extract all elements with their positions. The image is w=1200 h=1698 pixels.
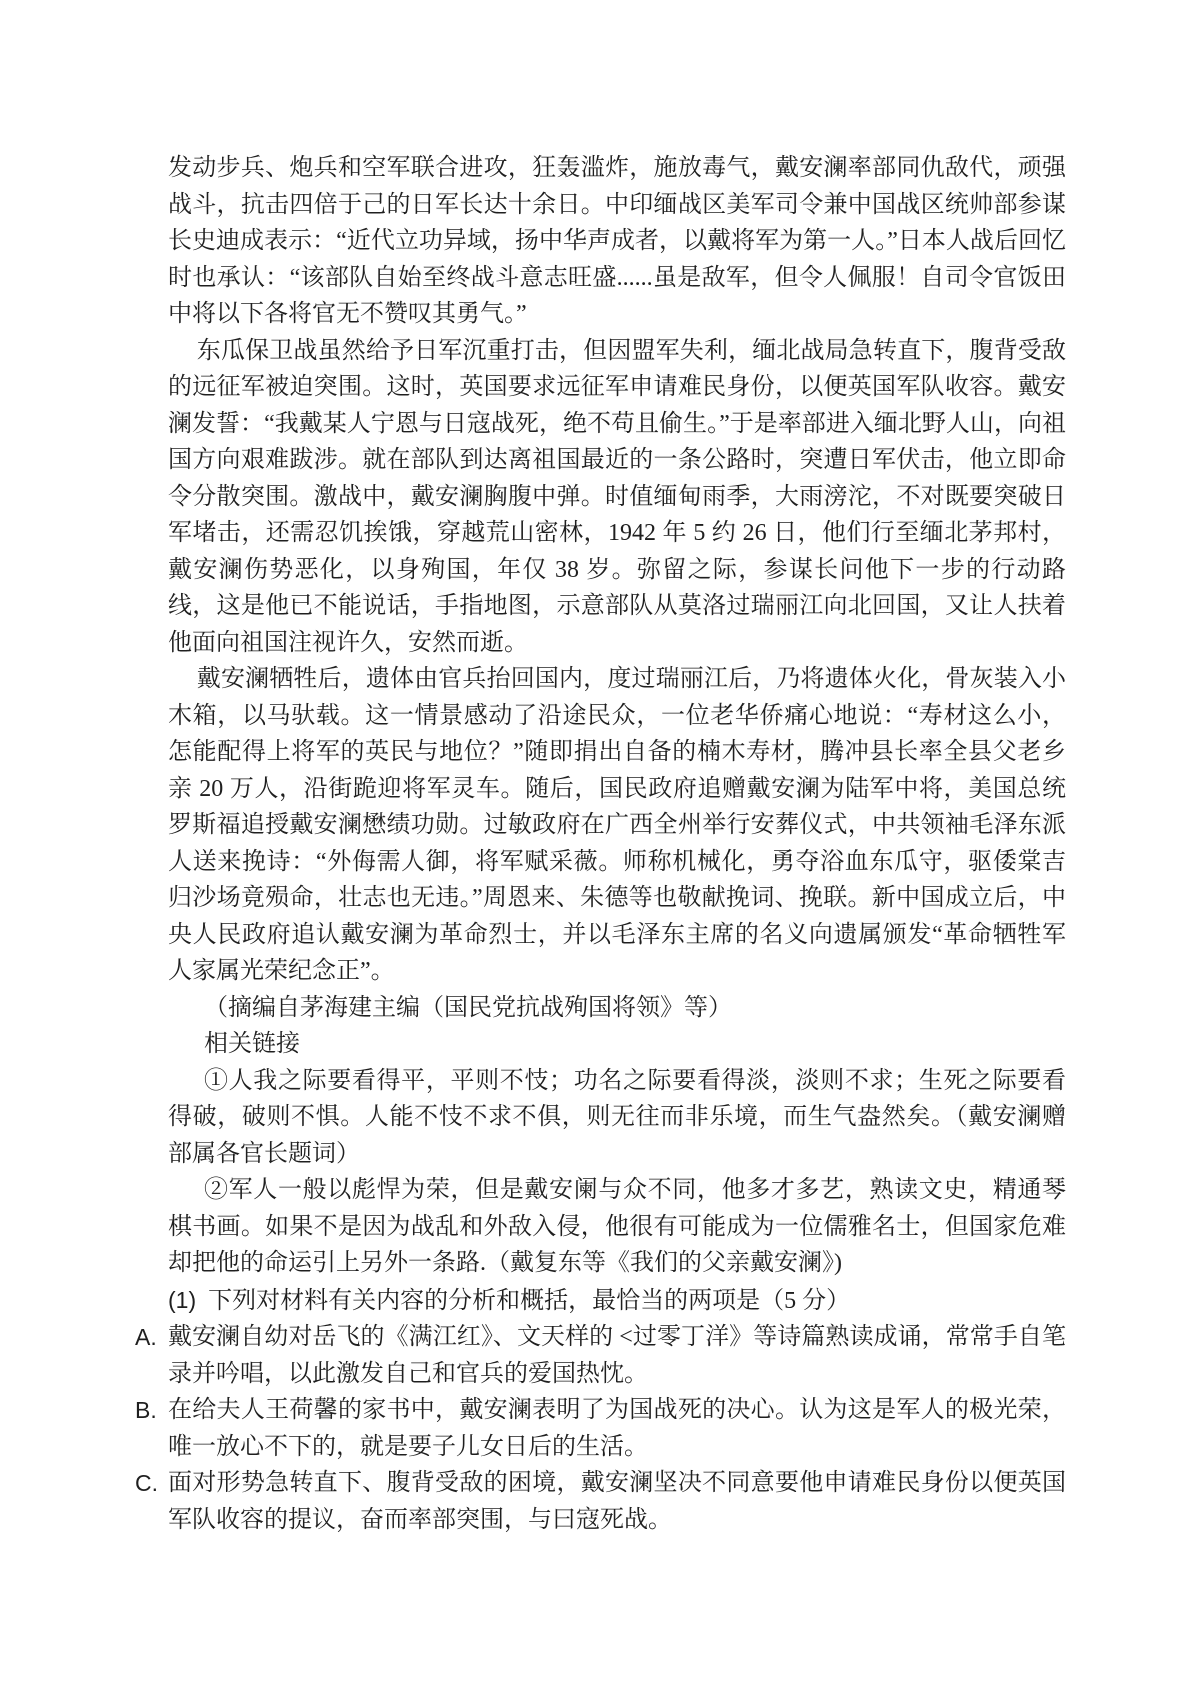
- document-page: 发动步兵、炮兵和空军联合进攻，狂轰滥炸，施放毒气，戴安澜率部同仇敌代，顽强战斗，…: [0, 0, 1200, 1698]
- option-b-label: B.: [135, 1392, 157, 1429]
- option-c-label: C.: [135, 1465, 158, 1502]
- option-a: A. 戴安澜自幼对岳飞的《满江红》、文天样的 <过零丁洋》等诗篇熟读成诵，常常手…: [168, 1319, 1066, 1392]
- passage-paragraph-2: 东瓜保卫战虽然给予日军沉重打击，但因盟军失利，缅北战局急转直下，腹背受敌的远征军…: [168, 333, 1066, 662]
- related-link-1: ①人我之际要看得平，平则不忮；功名之际要看得淡，淡则不求；生死之际要看得破，破则…: [168, 1063, 1066, 1173]
- option-c: C. 面对形势急转直下、腹背受敌的困境，戴安澜坚决不同意要他申请难民身份以便英国…: [168, 1465, 1066, 1538]
- passage-paragraph-1: 发动步兵、炮兵和空军联合进攻，狂轰滥炸，施放毒气，戴安澜率部同仇敌代，顽强战斗，…: [168, 150, 1066, 333]
- option-a-text: 戴安澜自幼对岳飞的《满江红》、文天样的 <过零丁洋》等诗篇熟读成诵，常常手自笔录…: [168, 1324, 1066, 1387]
- reading-passage: 发动步兵、炮兵和空军联合进攻，狂轰滥炸，施放毒气，戴安澜率部同仇敌代，顽强战斗，…: [168, 150, 1066, 1538]
- option-a-label: A.: [135, 1319, 157, 1356]
- passage-paragraph-3: 戴安澜牺牲后，遗体由官兵抬回国内，度过瑞丽江后，乃将遗体火化，骨灰装入小木箱，以…: [168, 661, 1066, 990]
- question-number-label: (1): [168, 1287, 196, 1313]
- option-b: B. 在给夫人王荷馨的家书中，戴安澜表明了为国战死的决心。认为这是军人的极光荣，…: [168, 1392, 1066, 1465]
- question-stem-line: (1)下列对材料有关内容的分析和概括，最恰当的两项是（5 分）: [168, 1282, 1066, 1320]
- source-attribution: （摘编自茅海建主编（国民党抗战殉国将领》等）: [168, 990, 1066, 1027]
- related-link-2: ②军人一般以彪悍为荣，但是戴安阑与众不同，他多才多艺，熟读文史，精通琴棋书画。如…: [168, 1172, 1066, 1282]
- question-stem-text: 下列对材料有关内容的分析和概括，最恰当的两项是（5 分）: [208, 1288, 850, 1314]
- option-b-text: 在给夫人王荷馨的家书中，戴安澜表明了为国战死的决心。认为这是军人的极光荣，唯一放…: [168, 1397, 1066, 1460]
- related-links-heading: 相关链接: [168, 1026, 1066, 1063]
- option-c-text: 面对形势急转直下、腹背受敌的困境，戴安澜坚决不同意要他申请难民身份以便英国军队收…: [168, 1470, 1066, 1533]
